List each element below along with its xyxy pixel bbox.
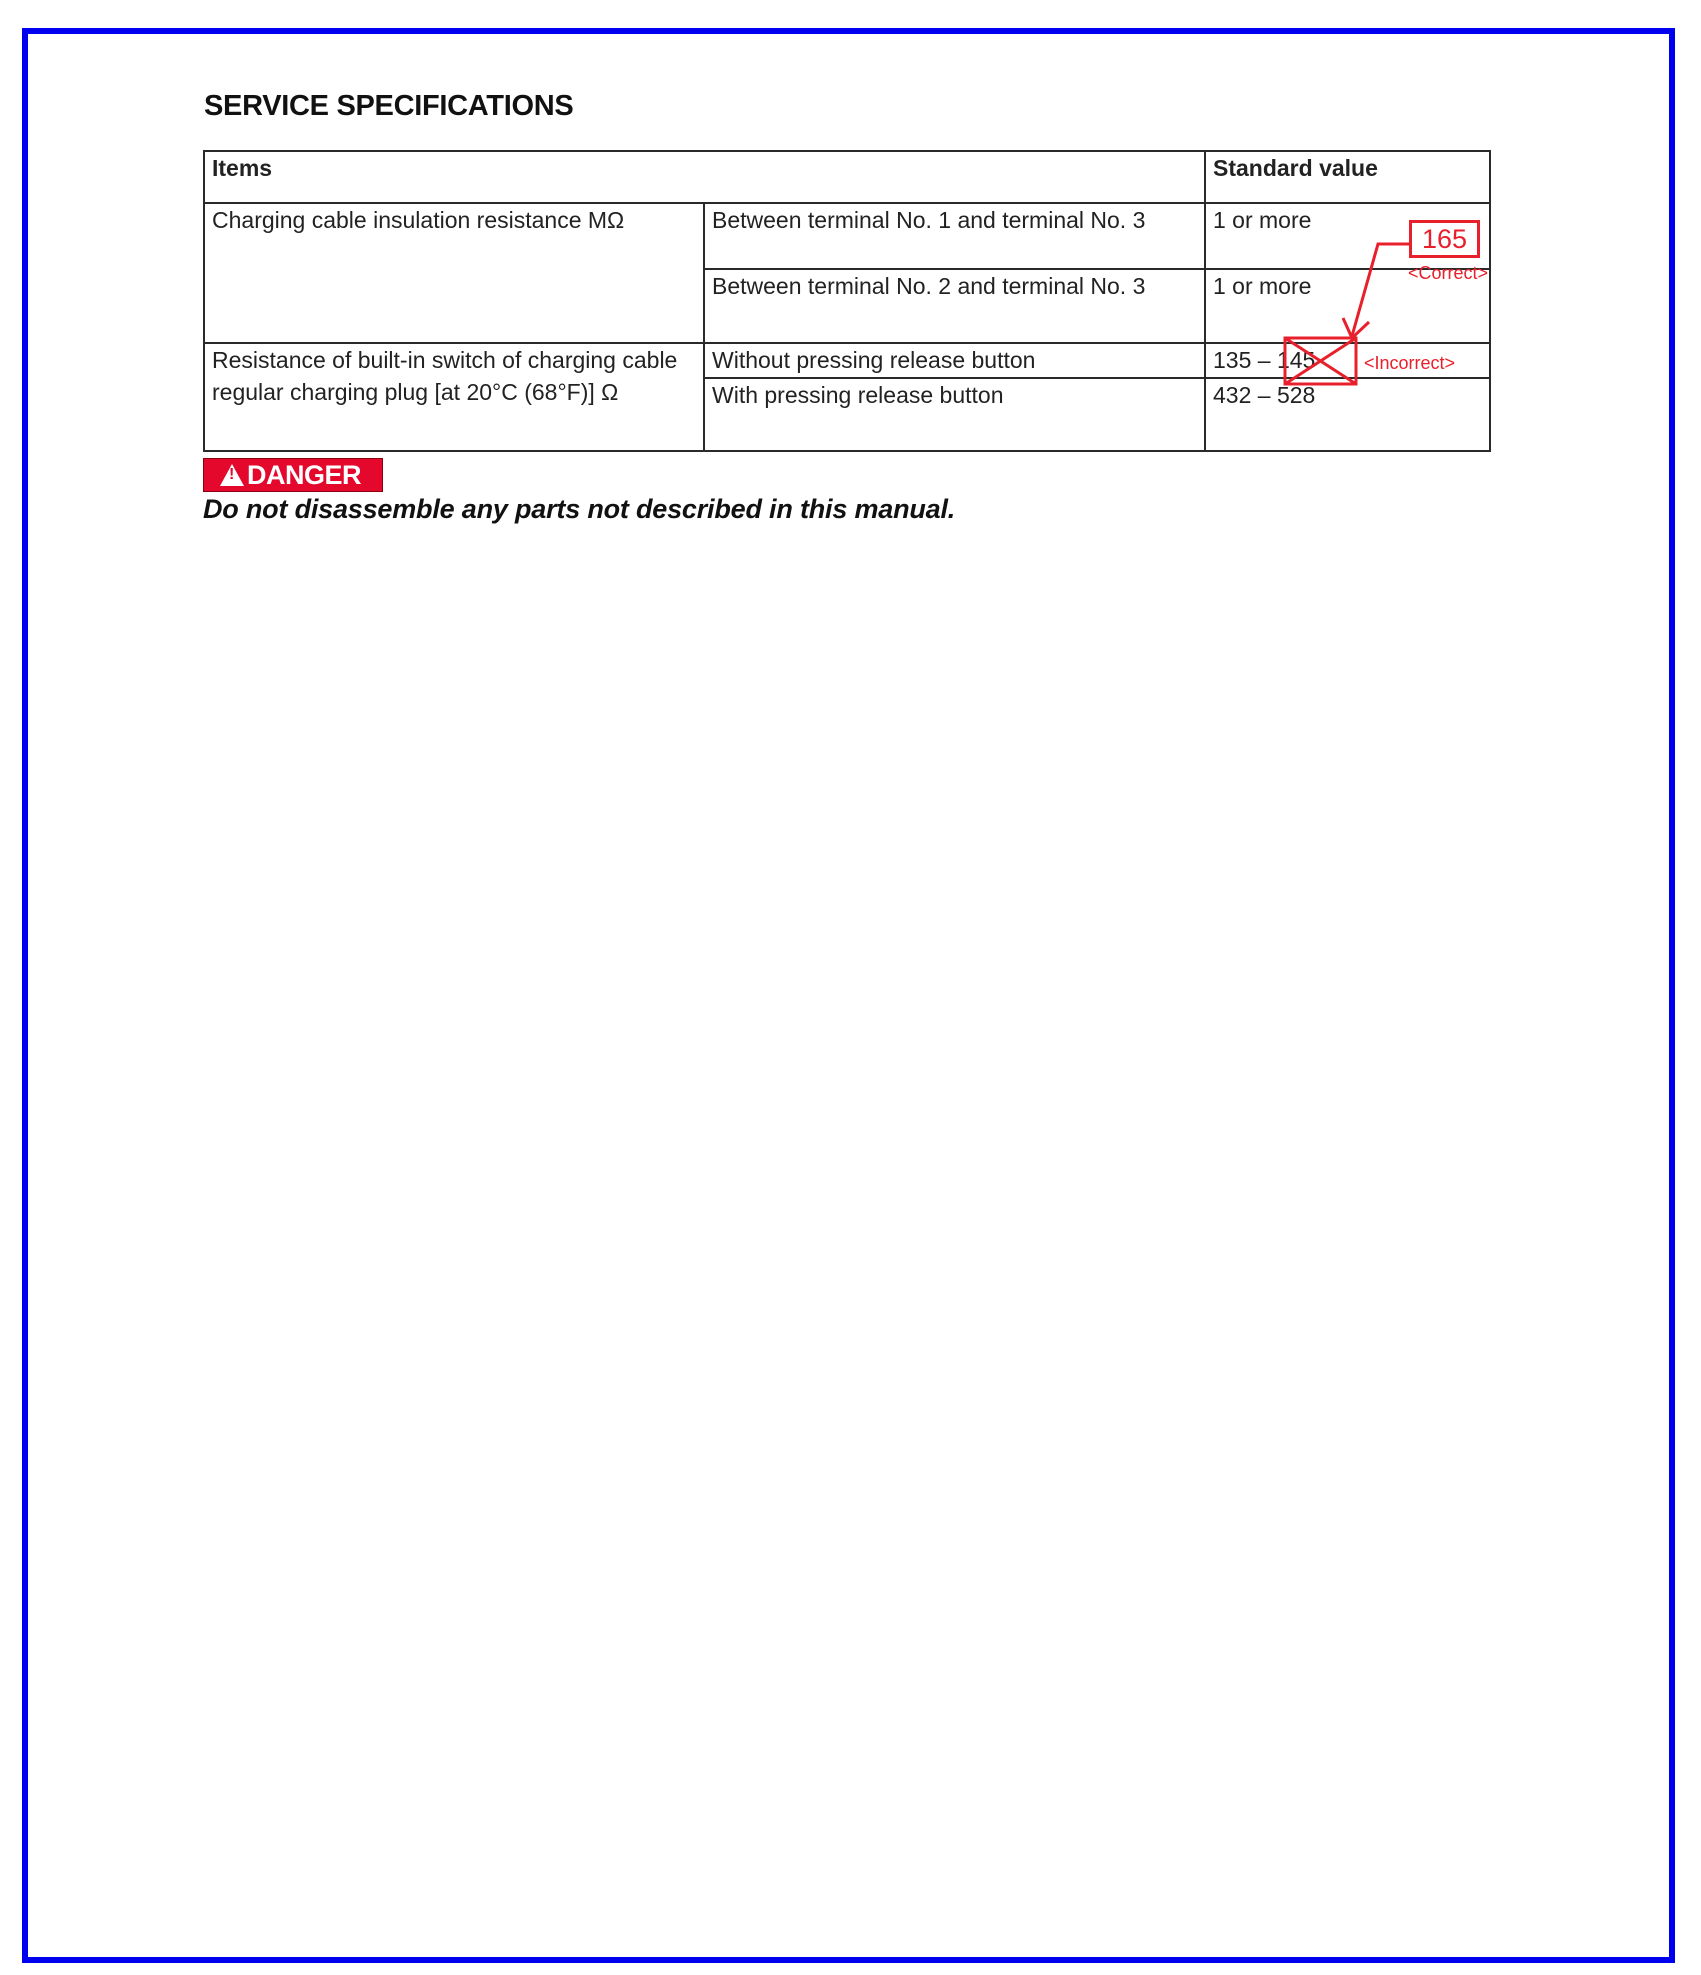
header-standard-value: Standard value [1205,151,1490,203]
item-switch-resistance: Resistance of built-in switch of chargin… [204,343,704,451]
correct-label: <Correct> [1408,263,1488,284]
incorrect-label: <Incorrect> [1364,353,1455,374]
danger-message: Do not disassemble any parts not describ… [203,494,955,525]
table-row: Charging cable insulation resistance MΩ … [204,203,1490,269]
condition-cell: Between terminal No. 2 and terminal No. … [704,269,1205,343]
struck-value: 145 [1277,347,1315,373]
condition-cell: Without pressing release button [704,343,1205,378]
table-header-row: Items Standard value [204,151,1490,203]
item-insulation-resistance: Charging cable insulation resistance MΩ [204,203,704,343]
danger-label: DANGER [247,459,361,491]
service-specifications-table: Items Standard value Charging cable insu… [203,150,1491,452]
condition-cell: Between terminal No. 1 and terminal No. … [704,203,1205,269]
condition-cell: With pressing release button [704,378,1205,451]
header-items: Items [204,151,1205,203]
table-row: Resistance of built-in switch of chargin… [204,343,1490,378]
value-prefix: 135 – [1213,347,1277,373]
correct-value-box: 165 [1409,220,1480,258]
danger-badge: DANGER [203,458,383,492]
warning-triangle-icon [220,464,244,486]
value-cell: 432 – 528 [1205,378,1490,451]
page-title: SERVICE SPECIFICATIONS [204,90,573,123]
